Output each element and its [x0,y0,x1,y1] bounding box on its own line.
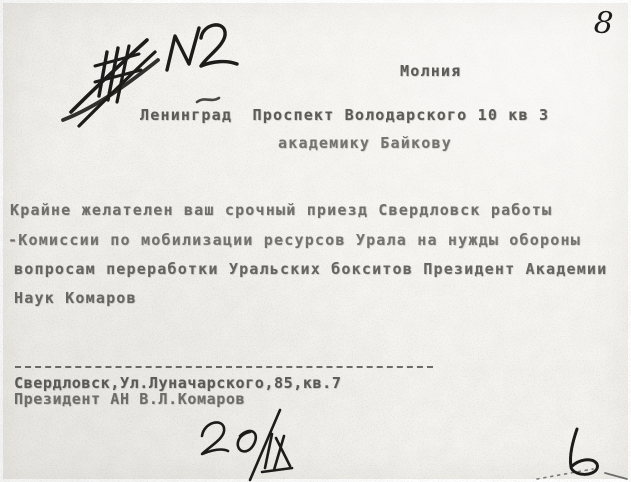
handwritten-date-mark [188,406,318,482]
telegram-scan-document: Молния Ленинград Проспект Володарского 1… [0,0,631,482]
recipient-addressee-line: академику Байкову [278,134,452,152]
typed-dash-separator [15,366,433,368]
body-line-2: -Комиссии по мобилизации ресурсов Урала … [8,231,581,249]
handwritten-number-mark [55,8,245,128]
body-line-3: вопросам переработки Уральских бокситов … [14,260,607,278]
telegram-type-label: Молния [400,62,461,80]
body-line-4: Наук Комаров [14,289,137,307]
handwritten-page-number: 8 [593,5,614,41]
handwritten-paraph-mark [535,425,631,482]
body-line-1: Крайне желателен ваш срочный приезд Свер… [10,201,552,219]
